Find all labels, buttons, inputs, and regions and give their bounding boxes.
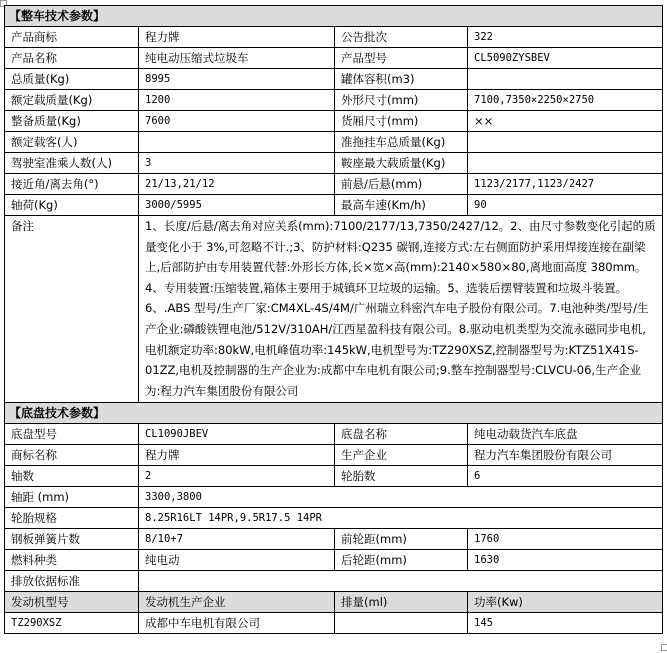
value: 1200 <box>139 90 335 111</box>
value <box>468 132 663 153</box>
table-row: 接近角/离去角(°) 21/13,21/12 前悬/后悬(mm) 1123/21… <box>5 174 663 195</box>
table-row: 底盘型号 CL1090JBEV 底盘名称 纯电动载货汽车底盘 <box>5 424 663 445</box>
spec-table: 【整车技术参数】 产品商标 程力牌 公告批次 322 产品名称 纯电动压缩式垃圾… <box>4 5 663 634</box>
value: 纯电动 <box>139 550 335 571</box>
engine-header-row: 发动机型号 发动机生产企业 排量(ml) 功率(Kw) <box>5 592 663 613</box>
table-row: 燃料种类 纯电动 后轮距(mm) 1630 <box>5 550 663 571</box>
section-title: 【整车技术参数】 <box>5 6 663 27</box>
value <box>139 571 663 592</box>
table-row: 总质量(Kg) 8995 罐体容积(m3) <box>5 69 663 90</box>
label: 前悬/后悬(mm) <box>335 174 468 195</box>
label: 罐体容积(m3) <box>335 69 468 90</box>
table-row: 额定载客(人) 准拖挂车总质量(Kg) <box>5 132 663 153</box>
table-row: 驾驶室准乘人数(人) 3 鞍座最大载质量(Kg) <box>5 153 663 174</box>
value: 322 <box>468 27 663 48</box>
label: 最高车速(Km/h) <box>335 195 468 216</box>
label: 接近角/离去角(°) <box>5 174 139 195</box>
table-row: 排放依据标准 <box>5 571 663 592</box>
label: 轮胎数 <box>335 466 468 487</box>
value: 程力牌 <box>139 445 335 466</box>
value: 2 <box>139 466 335 487</box>
label: 排放依据标准 <box>5 571 139 592</box>
label: 轴距 (mm) <box>5 487 139 508</box>
label: 产品名称 <box>5 48 139 69</box>
label: 轴数 <box>5 466 139 487</box>
value: 7100,7350×2250×2750 <box>468 90 663 111</box>
value: CL5090ZYSBEV <box>468 48 663 69</box>
value: 纯电动载货汽车底盘 <box>468 424 663 445</box>
column-header: 发动机生产企业 <box>139 592 335 613</box>
notes-label: 备注 <box>5 216 139 403</box>
value: 1123/2177,1123/2427 <box>468 174 663 195</box>
label: 轮胎规格 <box>5 508 139 529</box>
label: 驾驶室准乘人数(人) <box>5 153 139 174</box>
label: 后轮距(mm) <box>335 550 468 571</box>
label: 底盘名称 <box>335 424 468 445</box>
column-header: 排量(ml) <box>335 592 468 613</box>
table-row: 轴数 2 轮胎数 6 <box>5 466 663 487</box>
engine-row: TZ290XSZ 成都中车电机有限公司 145 <box>5 613 663 634</box>
value: 8.25R16LT 14PR,9.5R17.5 14PR <box>139 508 663 529</box>
label: 准拖挂车总质量(Kg) <box>335 132 468 153</box>
value: 8995 <box>139 69 335 90</box>
label: 货厢尺寸(mm) <box>335 111 468 132</box>
value <box>468 69 663 90</box>
value: 程力汽车集团股份有限公司 <box>468 445 663 466</box>
section-header-chassis: 【底盘技术参数】 <box>5 403 663 424</box>
label: 产品型号 <box>335 48 468 69</box>
label: 商标名称 <box>5 445 139 466</box>
table-row: 产品名称 纯电动压缩式垃圾车 产品型号 CL5090ZYSBEV <box>5 48 663 69</box>
notes-row: 备注 1、长度/后悬/离去角对应关系(mm):7100/2177/13,7350… <box>5 216 663 403</box>
value: 纯电动压缩式垃圾车 <box>139 48 335 69</box>
value: 90 <box>468 195 663 216</box>
table-row: 商标名称 程力牌 生产企业 程力汽车集团股份有限公司 <box>5 445 663 466</box>
engine-manufacturer: 成都中车电机有限公司 <box>139 613 335 634</box>
value: 6 <box>468 466 663 487</box>
label: 轴荷(Kg) <box>5 195 139 216</box>
engine-displacement <box>335 613 468 634</box>
column-header: 发动机型号 <box>5 592 139 613</box>
value: 3000/5995 <box>139 195 335 216</box>
label: 总质量(Kg) <box>5 69 139 90</box>
label: 燃料种类 <box>5 550 139 571</box>
value: 21/13,21/12 <box>139 174 335 195</box>
label: 额定载质量(Kg) <box>5 90 139 111</box>
label: 生产企业 <box>335 445 468 466</box>
table-row: 轴距 (mm) 3300,3800 <box>5 487 663 508</box>
value: 程力牌 <box>139 27 335 48</box>
table-row: 产品商标 程力牌 公告批次 322 <box>5 27 663 48</box>
label: 整备质量(Kg) <box>5 111 139 132</box>
table-row: 轮胎规格 8.25R16LT 14PR,9.5R17.5 14PR <box>5 508 663 529</box>
value <box>468 153 663 174</box>
label: 产品商标 <box>5 27 139 48</box>
table-resize-handle-bottom-right <box>661 644 667 651</box>
table-row: 额定载质量(Kg) 1200 外形尺寸(mm) 7100,7350×2250×2… <box>5 90 663 111</box>
table-row: 钢板弹簧片数 8/10+7 前轮距(mm) 1760 <box>5 529 663 550</box>
label: 额定载客(人) <box>5 132 139 153</box>
notes-text: 1、长度/后悬/离去角对应关系(mm):7100/2177/13,7350/24… <box>139 216 663 403</box>
value: 1630 <box>468 550 663 571</box>
table-row: 轴荷(Kg) 3000/5995 最高车速(Km/h) 90 <box>5 195 663 216</box>
value: 8/10+7 <box>139 529 335 550</box>
engine-power: 145 <box>468 613 663 634</box>
value: 1760 <box>468 529 663 550</box>
label: 前轮距(mm) <box>335 529 468 550</box>
value: 3 <box>139 153 335 174</box>
value: CL1090JBEV <box>139 424 335 445</box>
label: 钢板弹簧片数 <box>5 529 139 550</box>
value: ×× <box>468 111 663 132</box>
value: 7600 <box>139 111 335 132</box>
table-row: 整备质量(Kg) 7600 货厢尺寸(mm) ×× <box>5 111 663 132</box>
label: 公告批次 <box>335 27 468 48</box>
label: 外形尺寸(mm) <box>335 90 468 111</box>
engine-model: TZ290XSZ <box>5 613 139 634</box>
label: 底盘型号 <box>5 424 139 445</box>
section-header-vehicle: 【整车技术参数】 <box>5 6 663 27</box>
column-header: 功率(Kw) <box>468 592 663 613</box>
section-title: 【底盘技术参数】 <box>5 403 663 424</box>
label: 鞍座最大载质量(Kg) <box>335 153 468 174</box>
value <box>139 132 335 153</box>
value: 3300,3800 <box>139 487 663 508</box>
